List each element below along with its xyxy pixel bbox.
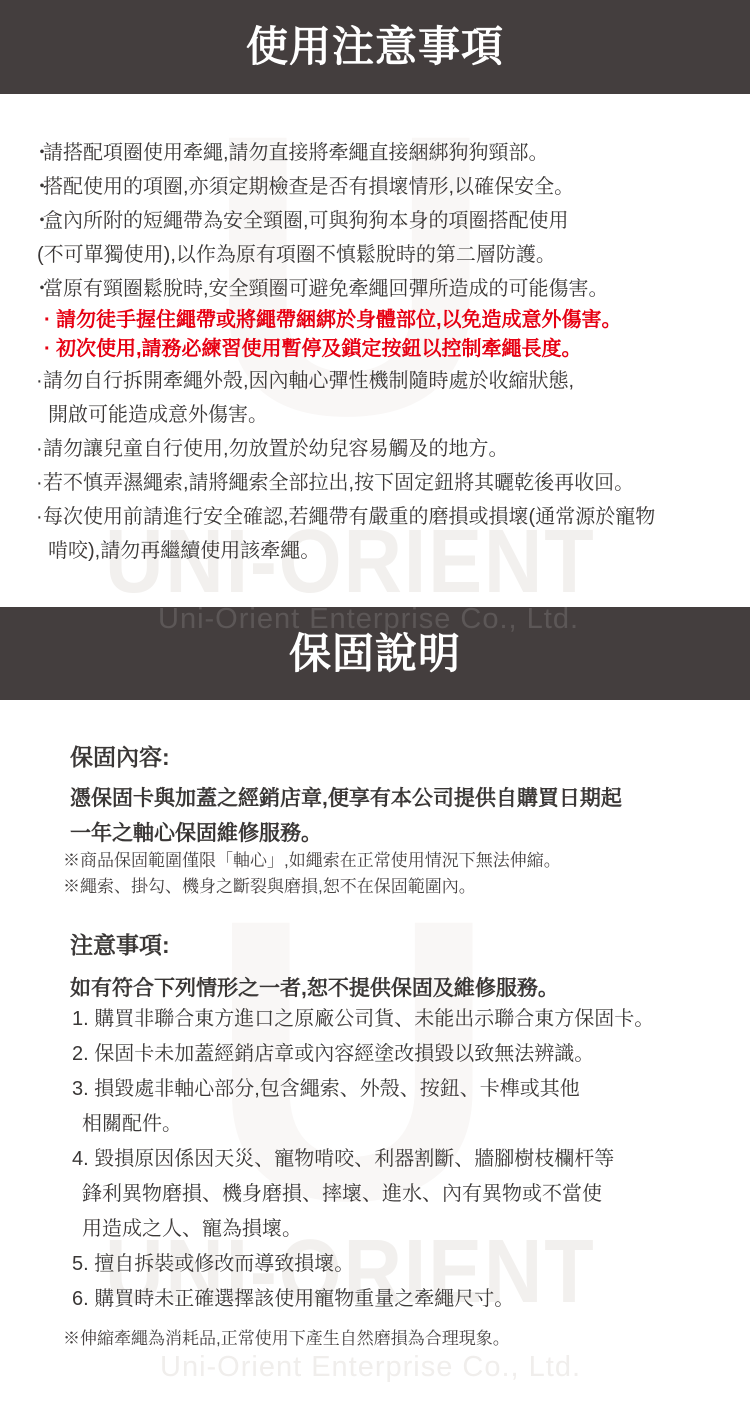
warranty-content-notes: ※商品保固範圍僅限「軸心」,如繩索在正常使用情況下無法伸縮。 ※繩索、掛勾、機身…: [63, 848, 561, 900]
bullet-icon: ・: [32, 136, 52, 170]
usage-line-text: 請搭配項圈使用牽繩,請勿直接將牽繩直接綑綁狗狗頸部。: [0, 136, 750, 170]
usage-line-text: 啃咬),請勿再繼續使用該牽繩。: [0, 534, 750, 568]
usage-line: · 若不慎弄濕繩索,請將繩索全部拉出,按下固定鈕將其曬乾後再收回。: [0, 466, 750, 500]
warranty-section-header: 保固說明: [0, 607, 750, 700]
usage-notice-list: ・ 請搭配項圈使用牽繩,請勿直接將牽繩直接綑綁狗狗頸部。 ・ 搭配使用的項圈,亦…: [0, 136, 750, 568]
warranty-notice-item: 6. 購買時未正確選擇該使用寵物重量之牽繩尺寸。: [72, 1287, 514, 1311]
warranty-notice-item: 5. 擅自拆裝或修改而導致損壞。: [72, 1252, 354, 1276]
usage-line-alert: · 初次使用,請務必練習使用暫停及鎖定按鈕以控制牽繩長度。: [0, 335, 750, 364]
warranty-notice-item: 2. 保固卡未加蓋經銷店章或內容經塗改損毀以致無法辨識。: [72, 1042, 594, 1066]
bullet-icon: ・: [32, 170, 52, 204]
warranty-notice-item: 4. 毀損原因係因天災、寵物啃咬、利器割斷、牆腳樹枝欄杆等: [72, 1147, 614, 1171]
usage-line-text: 搭配使用的項圈,亦須定期檢查是否有損壞情形,以確保安全。: [0, 170, 750, 204]
warranty-content-line: 憑保固卡與加蓋之經銷店章,便享有本公司提供自購買日期起: [70, 781, 622, 816]
warranty-section-title: 保固說明: [289, 633, 461, 675]
usage-line-text: 請勿讓兒童自行使用,勿放置於幼兒容易觸及的地方。: [0, 432, 750, 466]
usage-line: (不可單獨使用),以作為原有項圈不慎鬆脫時的第二層防護。: [0, 238, 750, 272]
usage-section-header: 使用注意事項: [0, 0, 750, 94]
warranty-notice-item: 1. 購買非聯合東方進口之原廠公司貨、未能出示聯合東方保固卡。: [72, 1007, 654, 1031]
warranty-note-line: ※繩索、掛勾、機身之斷裂與磨損,恕不在保固範圍內。: [63, 874, 561, 900]
bullet-icon: ·: [36, 364, 43, 398]
warranty-notice-item-wrap: 鋒利異物磨損、機身磨損、摔壞、進水、內有異物或不當使: [82, 1182, 602, 1206]
usage-line-text: 開啟可能造成意外傷害。: [0, 398, 750, 432]
product-notice-page: U U UNI-ORIENT UNI-ORIENT Uni-Orient Ent…: [0, 0, 750, 1428]
usage-line-text: 盒內所附的短繩帶為安全頸圈,可與狗狗本身的項圈搭配使用: [0, 204, 750, 238]
warranty-notice-intro: 如有符合下列情形之一者,恕不提供保固及維修服務。: [70, 971, 559, 1006]
usage-line: · 請勿自行拆開牽繩外殼,因內軸心彈性機制隨時處於收縮狀態,: [0, 364, 750, 398]
warranty-notice-item: 3. 損毀處非軸心部分,包含繩索、外殼、按鈕、卡榫或其他: [72, 1077, 580, 1101]
warranty-note-line: ※商品保固範圍僅限「軸心」,如繩索在正常使用情況下無法伸縮。: [63, 848, 561, 874]
warranty-content-heading: 保固內容:: [70, 744, 170, 770]
usage-line: · 請勿讓兒童自行使用,勿放置於幼兒容易觸及的地方。: [0, 432, 750, 466]
warranty-notice-footnote: ※伸縮牽繩為消耗品,正常使用下產生自然磨損為合理現象。: [63, 1328, 510, 1350]
usage-line-text: (不可單獨使用),以作為原有項圈不慎鬆脫時的第二層防護。: [0, 238, 750, 272]
usage-line: 開啟可能造成意外傷害。: [0, 398, 750, 432]
usage-line: ・ 搭配使用的項圈,亦須定期檢查是否有損壞情形,以確保安全。: [0, 170, 750, 204]
bullet-icon: ·: [44, 335, 51, 364]
warranty-content-line: 一年之軸心保固維修服務。: [70, 816, 622, 851]
usage-line-text: 請勿徒手握住繩帶或將繩帶綑綁於身體部位,以免造成意外傷害。: [0, 306, 750, 335]
bullet-icon: ・: [32, 272, 52, 306]
usage-line: ・ 當原有頸圈鬆脫時,安全頸圈可避免牽繩回彈所造成的可能傷害。: [0, 272, 750, 306]
warranty-notice-item-wrap: 用造成之人、寵為損壞。: [82, 1217, 302, 1241]
usage-line-text: 初次使用,請務必練習使用暫停及鎖定按鈕以控制牽繩長度。: [0, 335, 750, 364]
usage-line: · 每次使用前請進行安全確認,若繩帶有嚴重的磨損或損壞(通常源於寵物: [0, 500, 750, 534]
watermark-company-text: Uni-Orient Enterprise Co., Ltd.: [160, 1352, 581, 1382]
bullet-icon: ·: [36, 500, 43, 534]
usage-line-text: 每次使用前請進行安全確認,若繩帶有嚴重的磨損或損壞(通常源於寵物: [0, 500, 750, 534]
usage-line-text: 請勿自行拆開牽繩外殼,因內軸心彈性機制隨時處於收縮狀態,: [0, 364, 750, 398]
usage-line-text: 若不慎弄濕繩索,請將繩索全部拉出,按下固定鈕將其曬乾後再收回。: [0, 466, 750, 500]
bullet-icon: ・: [32, 204, 52, 238]
warranty-content-paragraph: 憑保固卡與加蓋之經銷店章,便享有本公司提供自購買日期起 一年之軸心保固維修服務。: [70, 781, 622, 851]
warranty-notice-heading: 注意事項:: [70, 932, 170, 958]
usage-line-alert: · 請勿徒手握住繩帶或將繩帶綑綁於身體部位,以免造成意外傷害。: [0, 306, 750, 335]
bullet-icon: ·: [36, 432, 43, 466]
usage-line-text: 當原有頸圈鬆脫時,安全頸圈可避免牽繩回彈所造成的可能傷害。: [0, 272, 750, 306]
usage-line: ・ 盒內所附的短繩帶為安全頸圈,可與狗狗本身的項圈搭配使用: [0, 204, 750, 238]
usage-line: 啃咬),請勿再繼續使用該牽繩。: [0, 534, 750, 568]
usage-line: ・ 請搭配項圈使用牽繩,請勿直接將牽繩直接綑綁狗狗頸部。: [0, 136, 750, 170]
bullet-icon: ·: [36, 466, 43, 500]
usage-section-title: 使用注意事項: [246, 26, 504, 68]
bullet-icon: ·: [44, 306, 51, 335]
warranty-notice-item-wrap: 相關配件。: [82, 1112, 182, 1136]
